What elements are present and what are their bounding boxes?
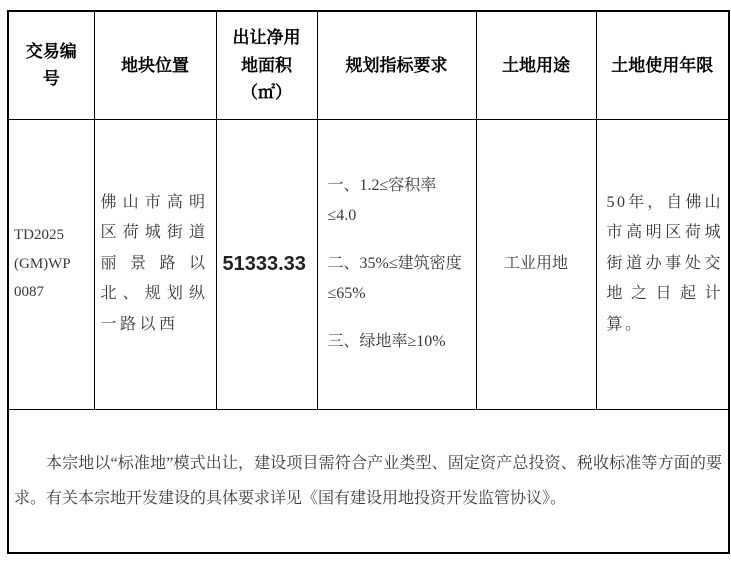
planning-requirement-green-ratio: 三、绿地率≥10% xyxy=(328,327,464,357)
cell-planning-requirements: 一、1.2≤容积率≤4.0 二、35%≤建筑密度≤65% 三、绿地率≥10% xyxy=(317,119,476,409)
planning-requirement-plot-ratio: 一、1.2≤容积率≤4.0 xyxy=(328,171,464,232)
cell-location: 佛山市高明区荷城街道丽景路以北、规划纵一路以西 xyxy=(94,119,216,409)
header-location: 地块位置 xyxy=(94,11,216,119)
note-text: 本宗地以“标准地”模式出让，建设项目需符合产业类型、固定资产总投资、税收标准等方… xyxy=(14,446,722,516)
note-cell: 本宗地以“标准地”模式出让，建设项目需符合产业类型、固定资产总投资、税收标准等方… xyxy=(8,409,729,553)
cell-net-area: 51333.33 xyxy=(216,119,317,409)
table-header-row: 交易编号 地块位置 出让净用地面积（㎡） 规划指标要求 土地用途 土地使用年限 xyxy=(8,11,729,119)
header-transaction-id: 交易编号 xyxy=(8,11,94,119)
header-land-use: 土地用途 xyxy=(476,11,596,119)
land-parcel-table-wrap: 交易编号 地块位置 出让净用地面积（㎡） 规划指标要求 土地用途 土地使用年限 … xyxy=(7,10,730,554)
header-planning-requirements: 规划指标要求 xyxy=(317,11,476,119)
table-note-row: 本宗地以“标准地”模式出让，建设项目需符合产业类型、固定资产总投资、税收标准等方… xyxy=(8,409,729,553)
cell-transaction-id: TD2025(GM)WP0087 xyxy=(8,119,94,409)
land-parcel-table: 交易编号 地块位置 出让净用地面积（㎡） 规划指标要求 土地用途 土地使用年限 … xyxy=(7,10,730,554)
header-tenure: 土地使用年限 xyxy=(596,11,729,119)
planning-requirement-building-density: 二、35%≤建筑密度≤65% xyxy=(328,249,464,310)
header-net-area: 出让净用地面积（㎡） xyxy=(216,11,317,119)
cell-tenure: 50年，自佛山市高明区荷城街道办事处交地之日起计算。 xyxy=(596,119,729,409)
cell-land-use: 工业用地 xyxy=(476,119,596,409)
table-row: TD2025(GM)WP0087 佛山市高明区荷城街道丽景路以北、规划纵一路以西… xyxy=(8,119,729,409)
